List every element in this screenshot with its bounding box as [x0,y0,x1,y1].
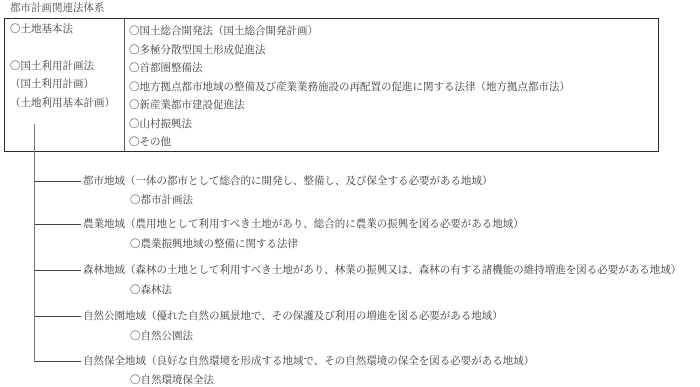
branch-urban-area: 都市地域（一体の都市として総合的に開発し、整備し、及び保全する必要がある地域） [83,174,493,188]
related-law-item: 〇多極分散型国土形成促進法 [129,41,570,60]
related-law-item: 〇首都圏整備法 [129,59,570,78]
branch-connector [35,316,81,317]
branch-nature-conservation-area-law: 〇自然環境保全法 [130,373,214,387]
related-law-item: 〇国土総合開発法（国土総合開発計画） [129,22,570,41]
related-law-item: 〇地方拠点都市地域の整備及び産業業務施設の再配置の促進に関する法律（地方拠点都市… [129,78,570,97]
diagram-title: 都市計画関連法体系 [10,1,105,15]
plan-national-land-use: （国土利用計画） [10,77,94,91]
branch-agricultural-area-law: 〇農業振興地域の整備に関する法律 [130,237,298,251]
related-laws-column: 〇国土総合開発法（国土総合開発計画） 〇多極分散型国土形成促進法 〇首都圏整備法… [129,22,570,152]
branch-connector [35,181,81,182]
related-law-item: 〇その他 [129,133,570,152]
branch-connector [35,361,81,362]
tree-trunk-line [34,124,35,362]
branch-connector [35,270,81,271]
branch-urban-area-law: 〇都市計画法 [130,193,193,207]
branch-nature-conservation-area: 自然保全地域（良好な自然環境を形成する地域で、その自然環境の保全を図る必要がある… [83,354,534,368]
branch-agricultural-area: 農業地域（農用地として利用すべき土地があり、総合的に農業の振興を図る必要がある地… [83,217,524,231]
related-law-item: 〇山村振興法 [129,115,570,134]
branch-connector [35,224,81,225]
box-column-divider [124,19,125,151]
law-national-land-use-planning: 〇国土利用計画法 [10,59,94,73]
plan-land-use-basic: （土地利用基本計画） [10,96,115,110]
branch-natural-park-area: 自然公園地域（優れた自然の風景地で、その保護及び利用の増進を図る必要がある地域） [83,309,503,323]
law-land-basic: 〇土地基本法 [10,22,73,36]
branch-natural-park-area-law: 〇自然公園法 [130,329,193,343]
branch-forest-area: 森林地域（森林の土地として利用すべき土地があり、林業の振興又は、森林の有する諸機… [83,263,681,277]
related-law-item: 〇新産業都市建設促進法 [129,96,570,115]
framework-laws-box: 〇土地基本法 〇国土利用計画法 （国土利用計画） （土地利用基本計画） 〇国土総… [4,18,659,152]
branch-forest-area-law: 〇森林法 [130,283,172,297]
